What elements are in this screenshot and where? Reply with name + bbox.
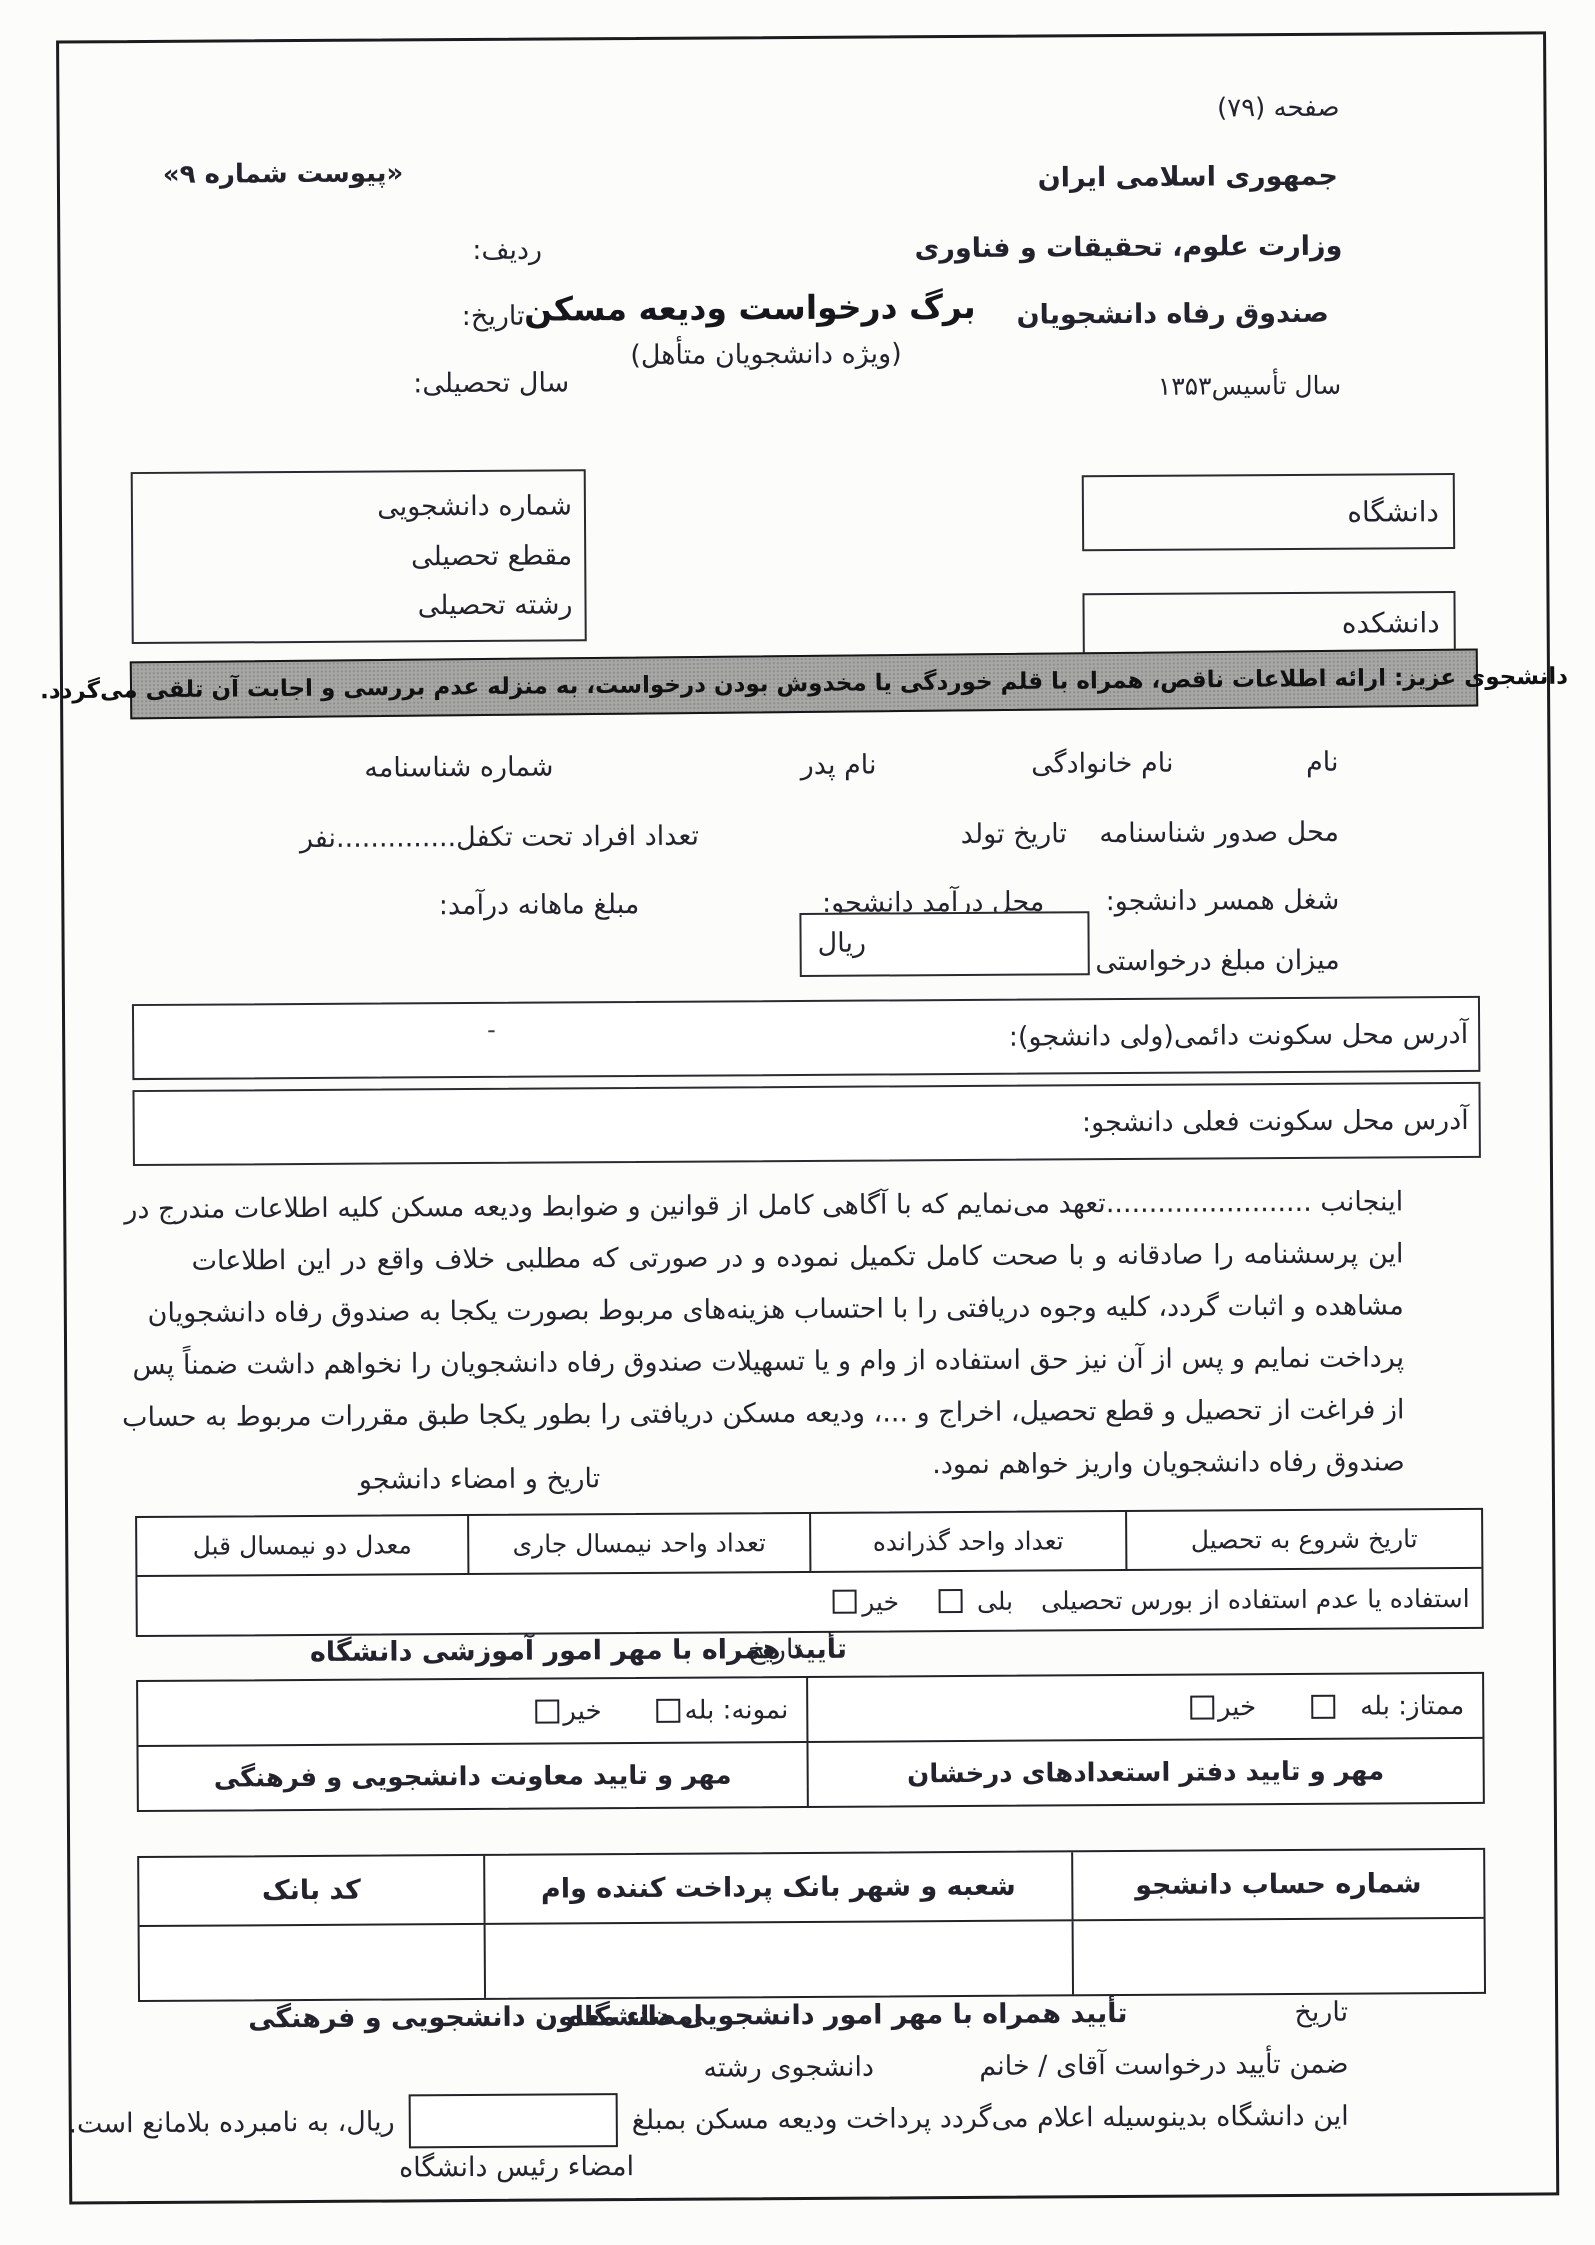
name-label: نام [1306,747,1339,778]
announcement-text-end: ریال، به نامبرده بلامانع است. [68,2106,394,2139]
bank-header-bank-code: کد بانک [139,1856,483,1925]
attachment-number: «پیوست شماره ۹» [163,158,404,189]
student-of-major-label: دانشجوی رشته [703,2052,874,2084]
row-number-label: ردیف: [472,235,542,266]
header-welfare-fund: صندوق رفاه دانشجویان [1016,298,1328,331]
bank-header-branch-city: شعبه و شهر بانک پرداخت کننده وام [483,1852,1071,1923]
id-number-label: شماره شناسنامه [364,751,553,783]
scan-content: صفحه (۷۹) جمهوری اسلامی ایران وزارت علوم… [0,0,1595,2245]
spouse-job-label: شغل همسر دانشجو: [1106,885,1340,917]
permanent-address-box[interactable]: آدرس محل سکونت دائمی(ولی دانشجو): [132,996,1480,1080]
father-name-label: نام پدر [801,750,877,781]
gifted-office-stamp-cell: مهر و تایید دفتر استعدادهای درخشان [806,1739,1482,1806]
page-number: صفحه (۷۹) [1217,93,1340,124]
confirm-request-label: ضمن تأیید درخواست آقای / خانم [979,2049,1348,2082]
form-subtitle: (ویژه دانشجویان متأهل) [556,338,976,372]
warning-text: دانشجوی عزیز: ارائه اطلاعات ناقص، همراه … [40,664,1568,705]
academic-record-table: تاریخ شروع به تحصیل تعداد واحد گذرانده ت… [135,1508,1484,1637]
bank-table: شماره حساب دانشجو شعبه و شهر بانک پرداخت… [137,1848,1486,2002]
date-label: تاریخ: [462,301,525,332]
requested-amount-label: میزان مبلغ درخواستی [1095,945,1340,977]
commitment-line: مشاهده و اثبات گردد، کلیه وجوه دریافتی ر… [192,1280,1404,1339]
commitment-line: این پرسشنامه را صادقانه و با صحت کامل تک… [191,1228,1403,1287]
stray-pen-mark: - [487,1016,496,1044]
table-header-current-units: تعداد واحد نیمسال جاری [467,1514,809,1573]
bank-account-number-cell[interactable] [1072,1919,1484,1995]
deputy-signature-label: امضاء معاون دانشجویی و فرهنگی [248,2001,703,2035]
requested-amount-box[interactable]: ریال [799,911,1089,977]
major-label: رشته تحصیلی [133,590,572,624]
faculty-label: دانشکده [1342,606,1440,640]
commitment-line: اینجانب ........................تعهد می‌… [191,1176,1403,1235]
excellent-no-label: خیر [1218,1692,1256,1722]
table-header-passed-units: تعداد واحد گذرانده [809,1512,1125,1571]
bank-header-account-number: شماره حساب دانشجو [1071,1850,1483,1920]
degree-level-label: مقطع تحصیلی [133,540,572,574]
announcement-line: این دانشگاه بدینوسیله اعلام می‌گردد پردا… [68,2089,1349,2151]
family-name-label: نام خانوادگی [1031,748,1173,780]
model-student-row: نمونه: بله خیر [138,1678,806,1745]
bank-branch-city-cell[interactable] [484,1921,1072,1998]
housing-deposit-request-form: صفحه (۷۹) جمهوری اسلامی ایران وزارت علوم… [0,0,1595,2245]
scholarship-yes-checkbox[interactable] [939,1589,963,1613]
excellent-student-row: ممتاز: بله خیر [806,1674,1482,1741]
edu-office-approval-label: تأیید همراه با مهر امور آموزشی دانشگاه [310,1634,847,1668]
academic-year-label: سال تحصیلی: [413,367,569,399]
announcement-text-start: این دانشگاه بدینوسیله اعلام می‌گردد پردا… [632,2100,1349,2135]
rial-unit-label: ریال [817,928,866,959]
model-no-checkbox[interactable] [535,1699,559,1723]
commitment-paragraph: اینجانب ........................تعهد می‌… [191,1176,1405,1495]
current-address-box[interactable]: آدرس محل سکونت فعلی دانشجو: [132,1082,1480,1166]
scholarship-row: استفاده یا عدم استفاده از بورس تحصیلی بل… [137,1569,1481,1635]
scholarship-yes-label: بلی [977,1586,1013,1615]
form-title: برگ درخواست ودیعه مسکن [556,287,976,329]
header-government: جمهوری اسلامی ایران [1038,161,1338,194]
scholarship-label: استفاده یا عدم استفاده از بورس تحصیلی [1041,1583,1470,1615]
model-no-label: خیر [563,1696,601,1726]
president-signature-label: امضاء رئیس دانشگاه [399,2151,634,2183]
permanent-address-label: آدرس محل سکونت دائمی(ولی دانشجو): [1009,1018,1468,1052]
student-number-label: شماره دانشجویی [133,490,572,524]
deposit-amount-box[interactable] [408,2093,617,2148]
current-address-label: آدرس محل سکونت فعلی دانشجو: [1082,1104,1469,1137]
excellent-yes-checkbox[interactable] [1311,1694,1335,1718]
bank-code-cell[interactable] [140,1925,484,2000]
university-box[interactable]: دانشگاه [1082,473,1455,551]
faculty-box[interactable]: دانشکده [1082,591,1455,655]
scholarship-no-label: خیر [862,1587,899,1616]
header-established-year: سال تأسیس۱۳۵۳ [1158,371,1342,401]
honors-table: ممتاز: بله خیر نمونه: بله خیر مهر و تایی… [136,1672,1485,1812]
model-label: نمونه: بله [684,1695,788,1726]
commitment-line: پرداخت نمایم و پس از آن نیز حق استفاده ا… [192,1332,1404,1391]
excellent-label: ممتاز: بله [1360,1690,1464,1721]
university-label: دانشگاه [1347,495,1439,529]
table-header-start-date: تاریخ شروع به تحصیل [1125,1510,1481,1569]
model-yes-checkbox[interactable] [657,1698,681,1722]
header-ministry: وزارت علوم، تحقیقات و فناوری [915,231,1343,265]
footer-date-label: تاریخ [1294,1997,1348,2028]
student-signature-label: تاریخ و امضاء دانشجو [359,1463,600,1495]
student-id-box[interactable]: شماره دانشجویی مقطع تحصیلی رشته تحصیلی [131,469,587,644]
table-header-gpa: معدل دو نیمسال قبل [137,1516,467,1575]
dependents-label: تعداد افراد تحت تکفل..............نفر [300,821,699,854]
commitment-line: از فراغت از تحصیل و قطع تحصیل، اخراج و .… [192,1384,1404,1443]
monthly-income-label: مبلغ ماهانه درآمد: [439,889,640,921]
birth-date-label: تاریخ تولد [961,818,1067,850]
deputy-stamp-cell: مهر و تایید معاونت دانشجویی و فرهنگی [138,1743,806,1810]
id-issue-place-label: محل صدور شناسنامه [1099,817,1339,849]
excellent-no-checkbox[interactable] [1190,1695,1214,1719]
scholarship-no-checkbox[interactable] [832,1590,856,1614]
form-title-block: برگ درخواست ودیعه مسکن (ویژه دانشجویان م… [556,287,976,372]
